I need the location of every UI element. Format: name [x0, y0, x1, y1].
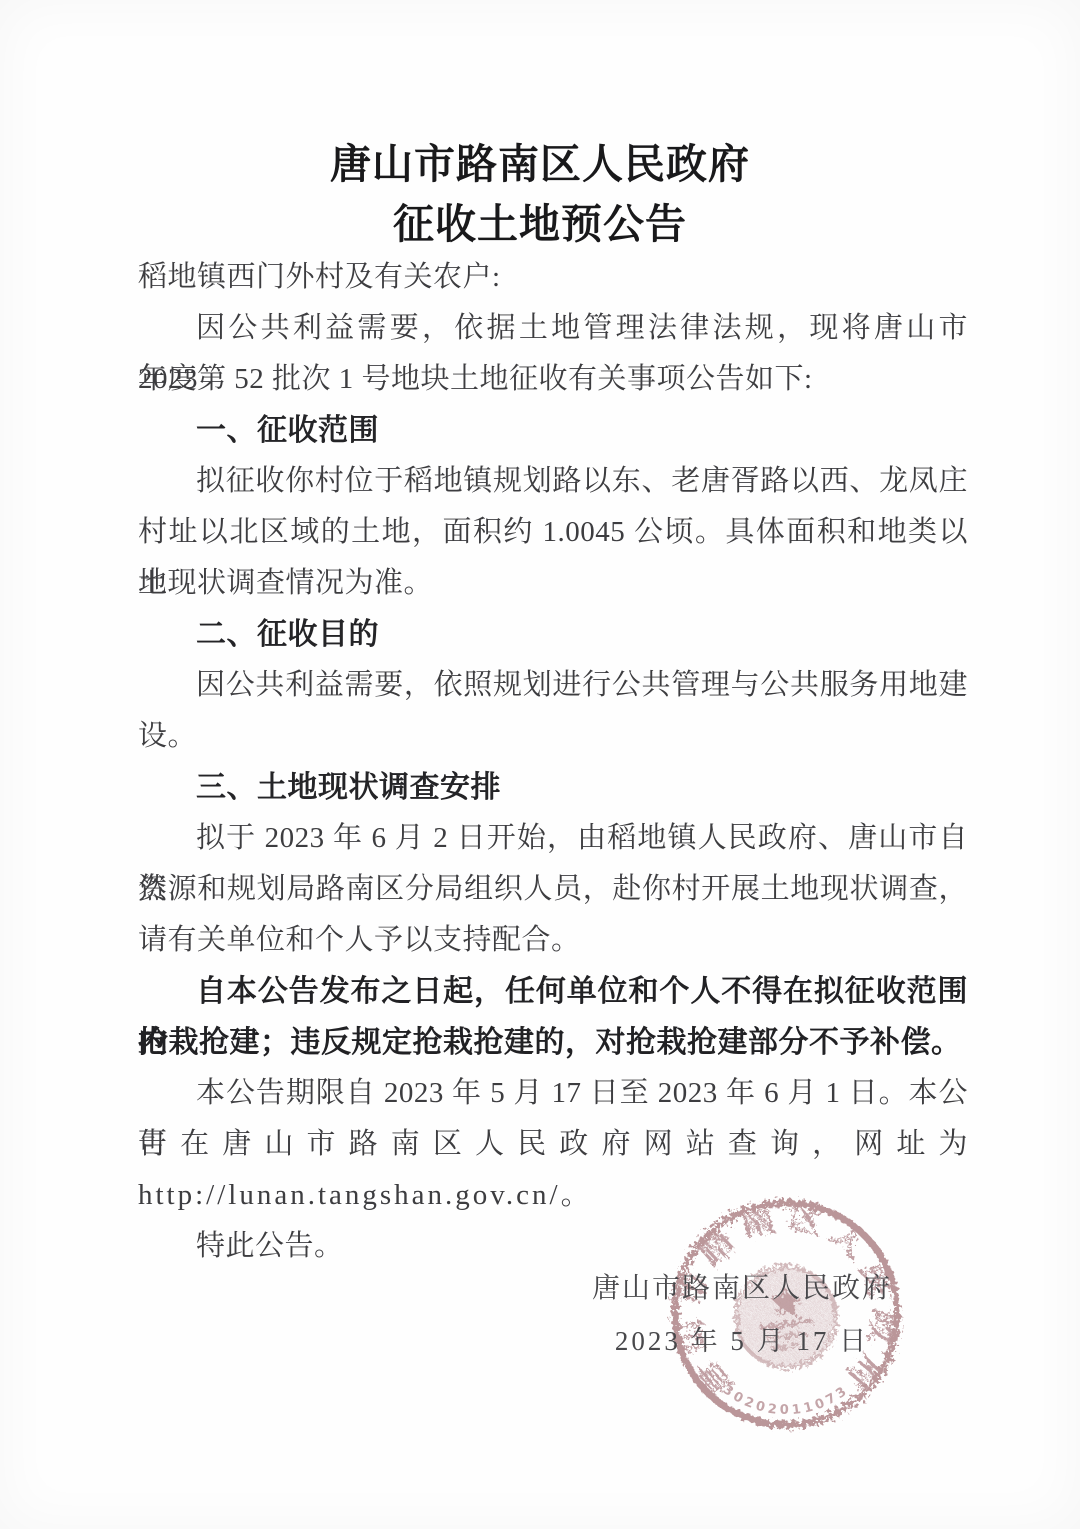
body-line: 拟征收你村位于稻地镇规划路以东、老唐胥路以西、龙凤庄 — [138, 456, 968, 507]
signature-block: 唐山市路南区人民政府 2023 年 5 月 17 日 — [592, 1262, 892, 1368]
body-line: 因公共利益需要，依据土地管理法律法规，现将唐山市 2023 — [138, 303, 968, 354]
document-body: 稻地镇西门外村及有关农户: 因公共利益需要，依据土地管理法律法规，现将唐山市 2… — [138, 252, 968, 1272]
body-line: 本公告期限自 2023 年 5 月 17 日至 2023 年 6 月 1 日。本… — [138, 1068, 968, 1119]
body-line: 设。 — [138, 711, 968, 762]
signature-date: 2023 年 5 月 17 日 — [592, 1315, 892, 1368]
body-line: 因公共利益需要，依照规划进行公共管理与公共服务用地建 — [138, 660, 968, 711]
body-line: 拟于 2023 年 6 月 2 日开始，由稻地镇人民政府、唐山市自然 — [138, 813, 968, 864]
body-line: 地现状调查情况为准。 — [138, 558, 968, 609]
section-heading-3: 三、土地现状调查安排 — [138, 762, 968, 813]
warning-line: 抢栽抢建；违反规定抢栽抢建的，对抢栽抢建部分不予补偿。 — [138, 1017, 968, 1068]
body-line: 村址以北区域的土地，面积约 1.0045 公顷。具体面积和地类以土 — [138, 507, 968, 558]
document-title: 唐山市路南区人民政府 征收土地预公告 — [0, 134, 1080, 254]
document-title-line1: 唐山市路南区人民政府 — [0, 134, 1080, 194]
document-title-line2: 征收土地预公告 — [0, 194, 1080, 254]
body-line: 请有关单位和个人予以支持配合。 — [138, 915, 968, 966]
salutation-line: 稻地镇西门外村及有关农户: — [138, 252, 968, 303]
website-url-line: http://lunan.tangshan.gov.cn/。 — [138, 1170, 968, 1221]
section-heading-2: 二、征收目的 — [138, 609, 968, 660]
body-line: 资源和规划局路南区分局组织人员，赴你村开展土地现状调查， — [138, 864, 968, 915]
warning-line: 自本公告发布之日起，任何单位和个人不得在拟征收范围内 — [138, 966, 968, 1017]
scanned-document-page: 唐山市路南区人民政府 征收土地预公告 稻地镇西门外村及有关农户: 因公共利益需要… — [0, 0, 1080, 1529]
signature-org: 唐山市路南区人民政府 — [592, 1262, 892, 1315]
section-heading-1: 一、征收范围 — [138, 405, 968, 456]
body-line: 可在唐山市路南区人民政府网站查询，网址为 — [138, 1119, 968, 1170]
body-line: 年度第 52 批次 1 号地块土地征收有关事项公告如下: — [138, 354, 968, 405]
